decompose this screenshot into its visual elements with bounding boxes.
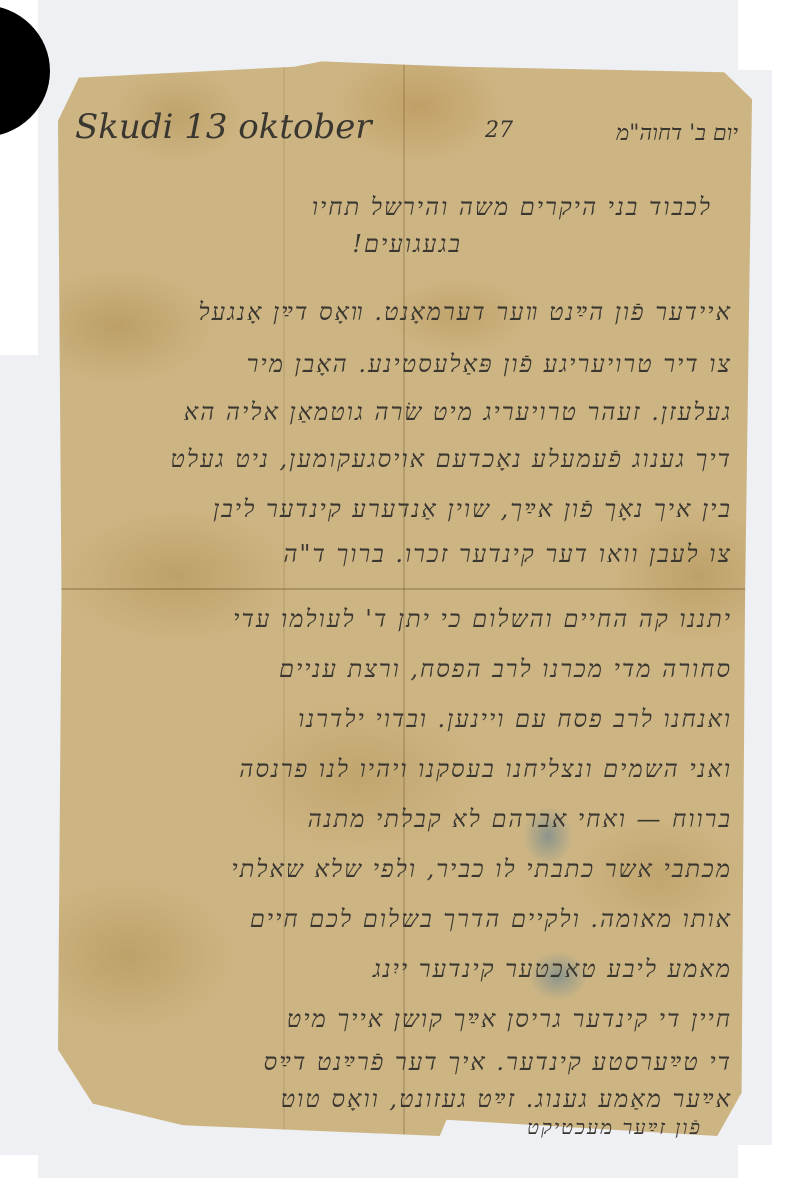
body-line: די טײַערסטע קינדער. איך דער פֿרײַנט דײַס — [263, 1048, 732, 1077]
body-line: געלעזן. זעהר טרויעריג מיט שׂרה גוטמאַן א… — [184, 398, 732, 427]
year-number: 27 — [485, 118, 513, 143]
place-date-latin: Skudi 13 oktober — [75, 107, 372, 147]
body-line: ברווח — ואחי אברהם לא קבלתי מתנה — [308, 805, 732, 834]
body-line: ואנחנו לרב פסח עם ויינען. ובדוי ילדרנו — [298, 705, 732, 734]
body-line: מאמע ליבע טאכטער קינדער ייִנג — [373, 955, 732, 984]
body-line: אײַער מאַמע גענוג. זײַט געזונט, וואָס טו… — [281, 1085, 732, 1114]
body-line: אותו מאומה. ולקיים הדרך בשלום לכם חיים — [250, 905, 732, 934]
horizontal-fold — [58, 588, 752, 590]
body-line: בין איך נאָך פֿון אײַך, שוין אַנדערע קינ… — [213, 495, 732, 524]
body-line: פֿון זײַער מעכטיקט — [527, 1115, 702, 1140]
greeting-line: לכבוד בני היקרים משה והירשל תחיו — [312, 193, 712, 222]
greeting-line: בגעגועים! — [352, 230, 462, 259]
body-line: צו לעבן וואו דער קינדער זכרו. ברוך ד"ה — [283, 540, 732, 569]
body-line: צו דיר טרויעריגע פֿון פּאַלעסטינע. האָבן… — [247, 350, 732, 379]
body-line: חיין די קינדער גריסן אײַך קושן אייך מיט — [287, 1005, 732, 1034]
body-line: יתננו קה החיים והשלום כי יתן ד' לעולמו ע… — [233, 605, 732, 634]
body-line: ואני השמים ונצליחנו בעסקנו ויהיו לנו פרנ… — [239, 755, 732, 784]
body-line: מכתבי אשר כתבתי לו כביר, ולפי שלא שאלתי — [231, 855, 732, 884]
body-line: סחורה מדי מכרנו לרב הפסח, ורצת עניים — [279, 655, 732, 684]
body-line: איידער פֿון הײַנט װער דערמאָנט. װאָס דײַ… — [198, 298, 732, 327]
scan-background-left — [0, 355, 38, 1155]
body-line: דיך גענוג פֿעמעלע נאָכדעם אויסגעקומען, נ… — [170, 445, 732, 474]
vertical-crease — [283, 56, 285, 1136]
hebrew-date: יום ב' דחוה"מ — [616, 120, 738, 146]
